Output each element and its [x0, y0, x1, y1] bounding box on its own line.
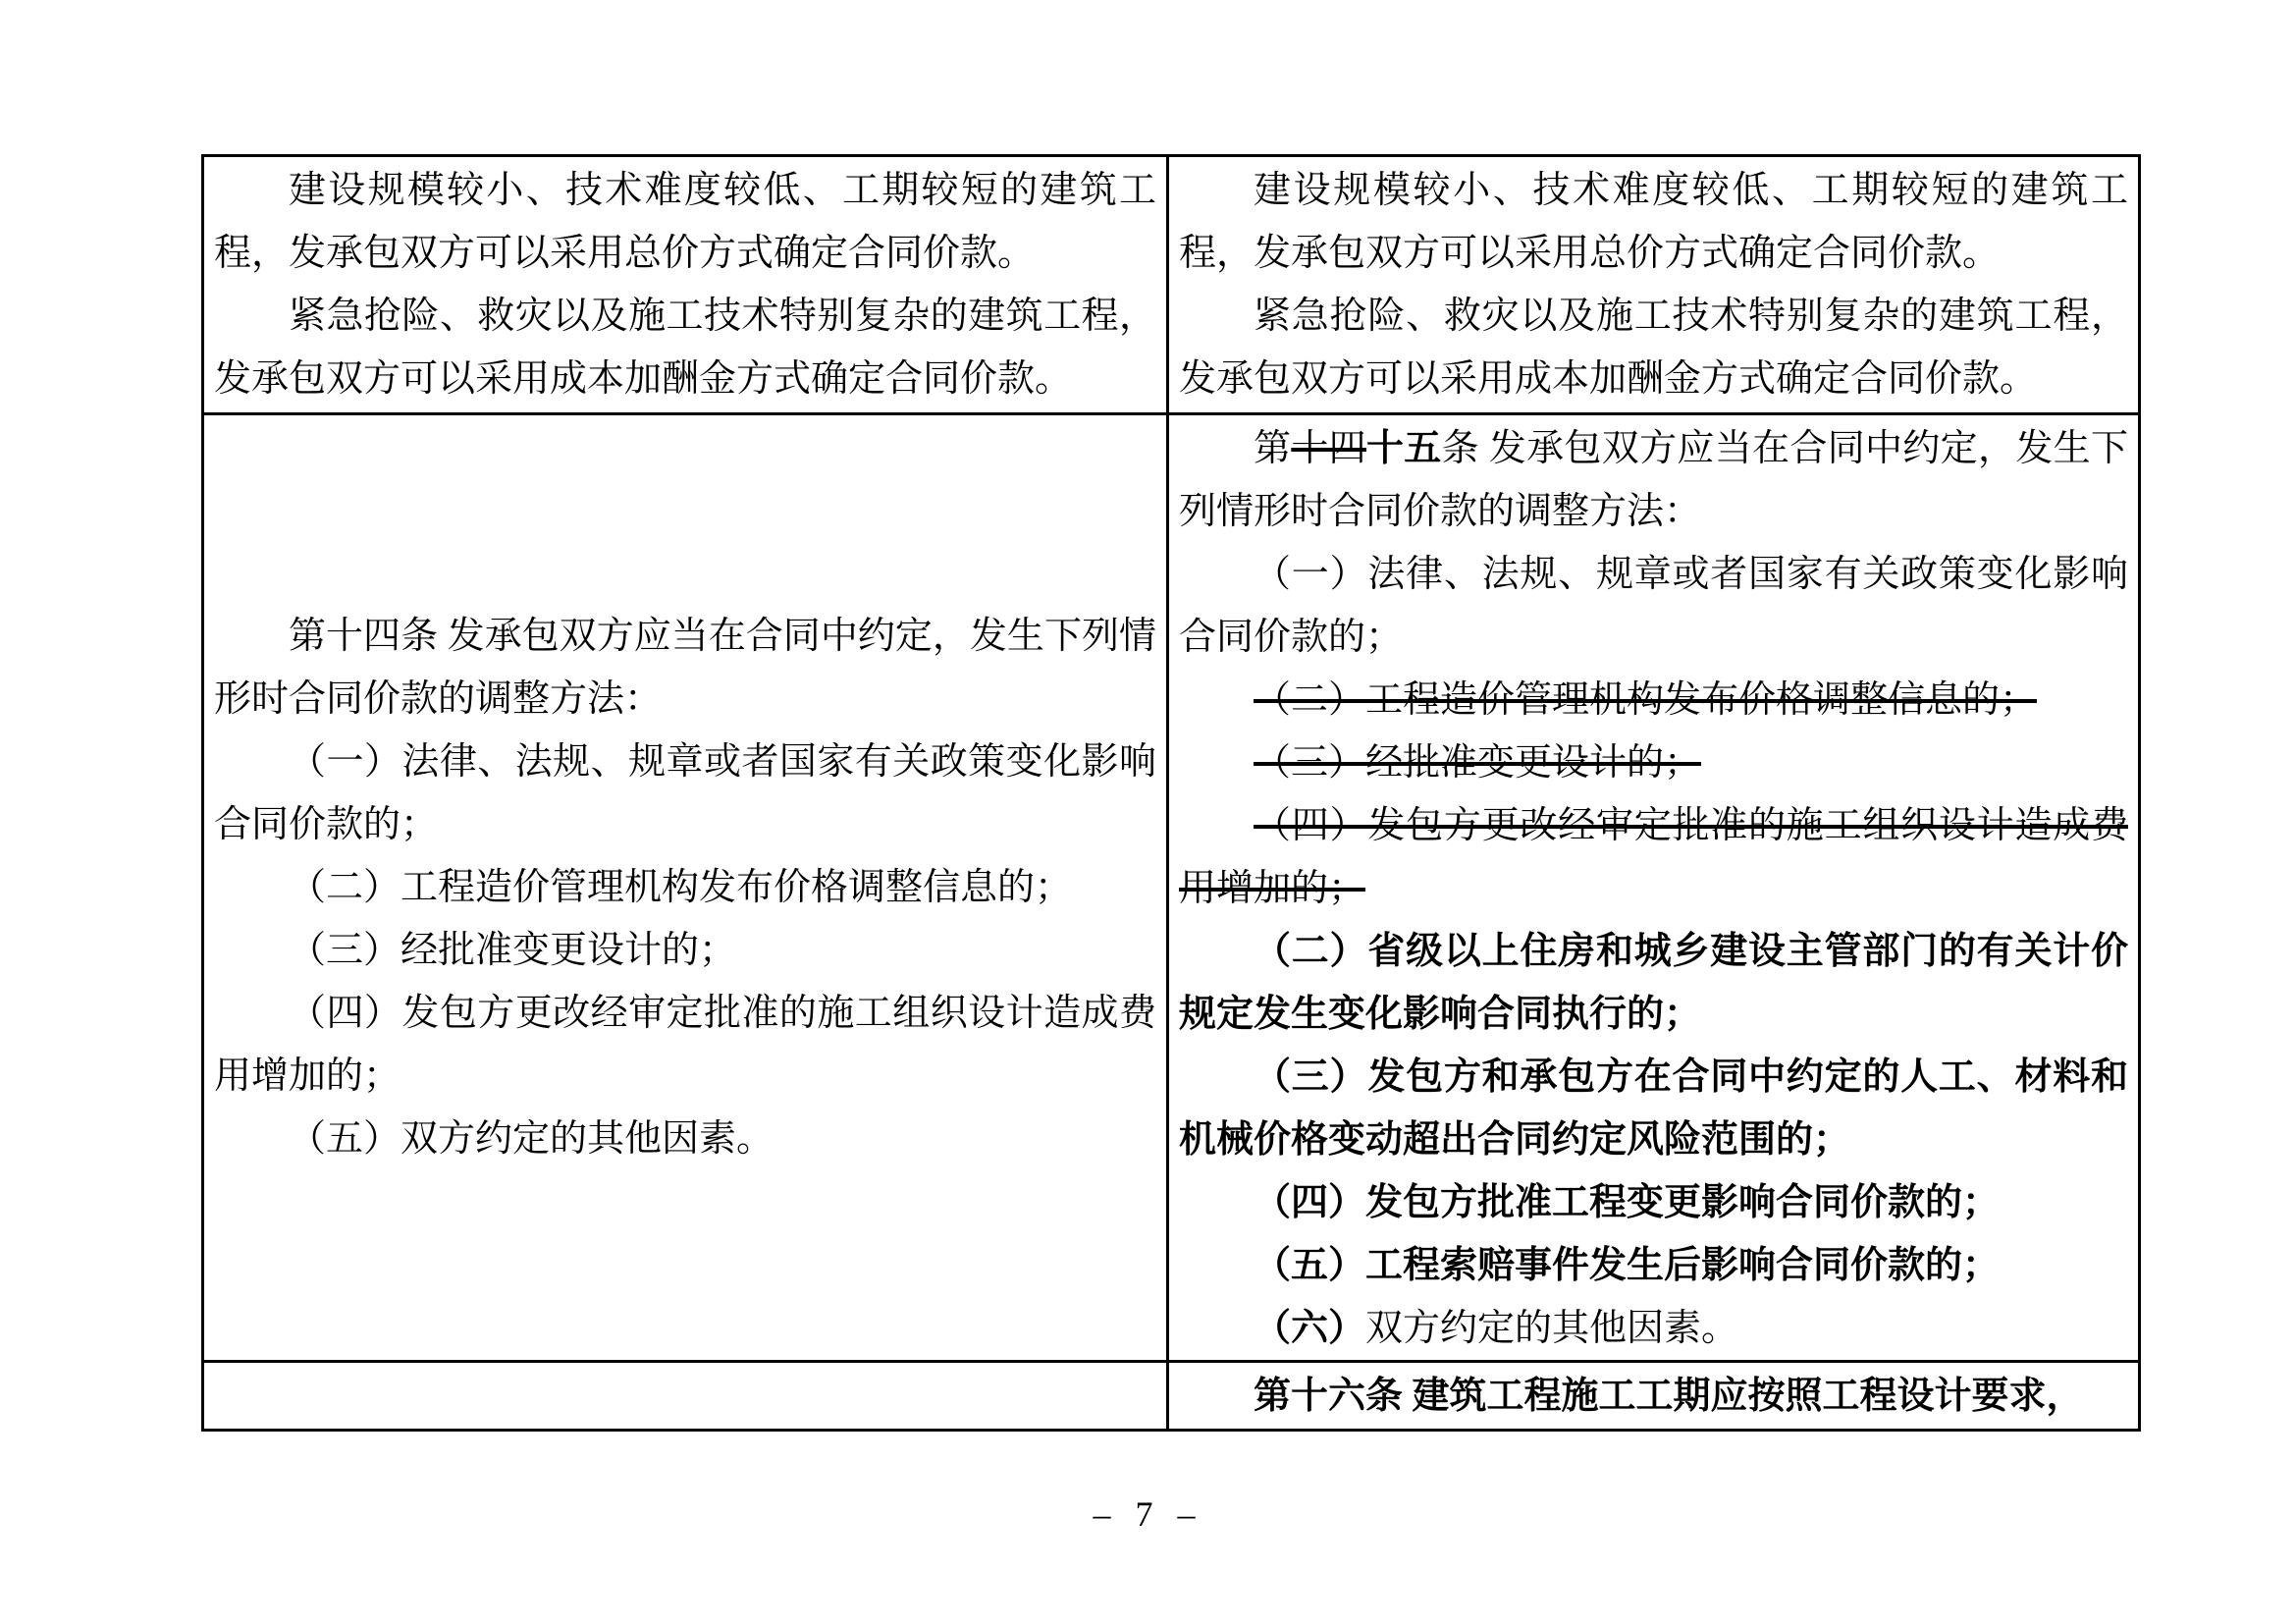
paragraph: 建设规模较小、技术难度较低、工期较短的建筑工程，发承包双方可以采用总价方式确定合…	[214, 159, 1156, 285]
cell-article14-original: 第十四条 发承包双方应当在合同中约定，发生下列情形时合同价款的调整方法： （一）…	[204, 415, 1169, 1363]
list-item: （三）经批准变更设计的；	[214, 919, 1156, 982]
article-heading: 第十六条 建筑工程施工工期应按照工程设计要求，	[1179, 1365, 2128, 1428]
list-item: （四）发包方更改经审定批准的施工组织设计造成费用增加的；	[214, 982, 1156, 1108]
article-heading: 第十四条 发承包双方应当在合同中约定，发生下列情形时合同价款的调整方法：	[214, 605, 1156, 731]
paragraph: 紧急抢险、救灾以及施工技术特别复杂的建筑工程，发承包双方可以采用成本加酬金方式确…	[1179, 285, 2128, 410]
document-page: 建设规模较小、技术难度较低、工期较短的建筑工程，发承包双方可以采用总价方式确定合…	[0, 0, 2296, 1624]
heading-prefix: 第	[1254, 428, 1291, 469]
deleted-list-item: （四）发包方更改经审定批准的施工组织设计造成费用增加的；	[1179, 794, 2128, 920]
cell-article16-revised: 第十六条 建筑工程施工工期应按照工程设计要求，	[1169, 1363, 2138, 1429]
inserted-item-number: （六）	[1254, 1308, 1365, 1349]
inserted-list-item: （三）发包方和承包方在合同中约定的人工、材料和机械价格变动超出合同约定风险范围的…	[1179, 1046, 2128, 1171]
paragraph: 紧急抢险、救灾以及施工技术特别复杂的建筑工程，发承包双方可以采用成本加酬金方式确…	[214, 285, 1156, 410]
list-item: （一）法律、法规、规章或者国家有关政策变化影响合同价款的；	[1179, 543, 2128, 669]
inserted-list-item: （四）发包方批准工程变更影响合同价款的；	[1179, 1171, 2128, 1234]
list-item: （二）工程造价管理机构发布价格调整信息的；	[214, 856, 1156, 919]
cell-row1-revised: 建设规模较小、技术难度较低、工期较短的建筑工程，发承包双方可以采用总价方式确定合…	[1169, 157, 2138, 415]
list-item: （六）双方约定的其他因素。	[1179, 1297, 2128, 1360]
page-number: – 7 –	[0, 1490, 2296, 1538]
inserted-list-item: （五）工程索赔事件发生后影响合同价款的；	[1179, 1234, 2128, 1297]
comparison-table: 建设规模较小、技术难度较低、工期较短的建筑工程，发承包双方可以采用总价方式确定合…	[201, 154, 2141, 1432]
item-text: 双方约定的其他因素。	[1365, 1308, 1738, 1349]
inserted-list-item: （二）省级以上住房和城乡建设主管部门的有关计价规定发生变化影响合同执行的；	[1179, 920, 2128, 1046]
cell-row1-original: 建设规模较小、技术难度较低、工期较短的建筑工程，发承包双方可以采用总价方式确定合…	[204, 157, 1169, 415]
cell-row3-original-empty	[204, 1363, 1169, 1429]
list-item: （一）法律、法规、规章或者国家有关政策变化影响合同价款的；	[214, 731, 1156, 856]
inserted-text: 十五	[1366, 428, 1442, 469]
cell-article15-revised: 第十四十五条 发承包双方应当在合同中约定，发生下列情形时合同价款的调整方法： （…	[1169, 415, 2138, 1363]
list-item: （五）双方约定的其他因素。	[214, 1108, 1156, 1170]
deleted-list-item: （三）经批准变更设计的；	[1179, 731, 2128, 794]
article-heading: 第十四十五条 发承包双方应当在合同中约定，发生下列情形时合同价款的调整方法：	[1179, 417, 2128, 543]
deleted-list-item: （二）工程造价管理机构发布价格调整信息的；	[1179, 669, 2128, 731]
paragraph: 建设规模较小、技术难度较低、工期较短的建筑工程，发承包双方可以采用总价方式确定合…	[1179, 159, 2128, 285]
deleted-text: 十四	[1291, 428, 1366, 469]
